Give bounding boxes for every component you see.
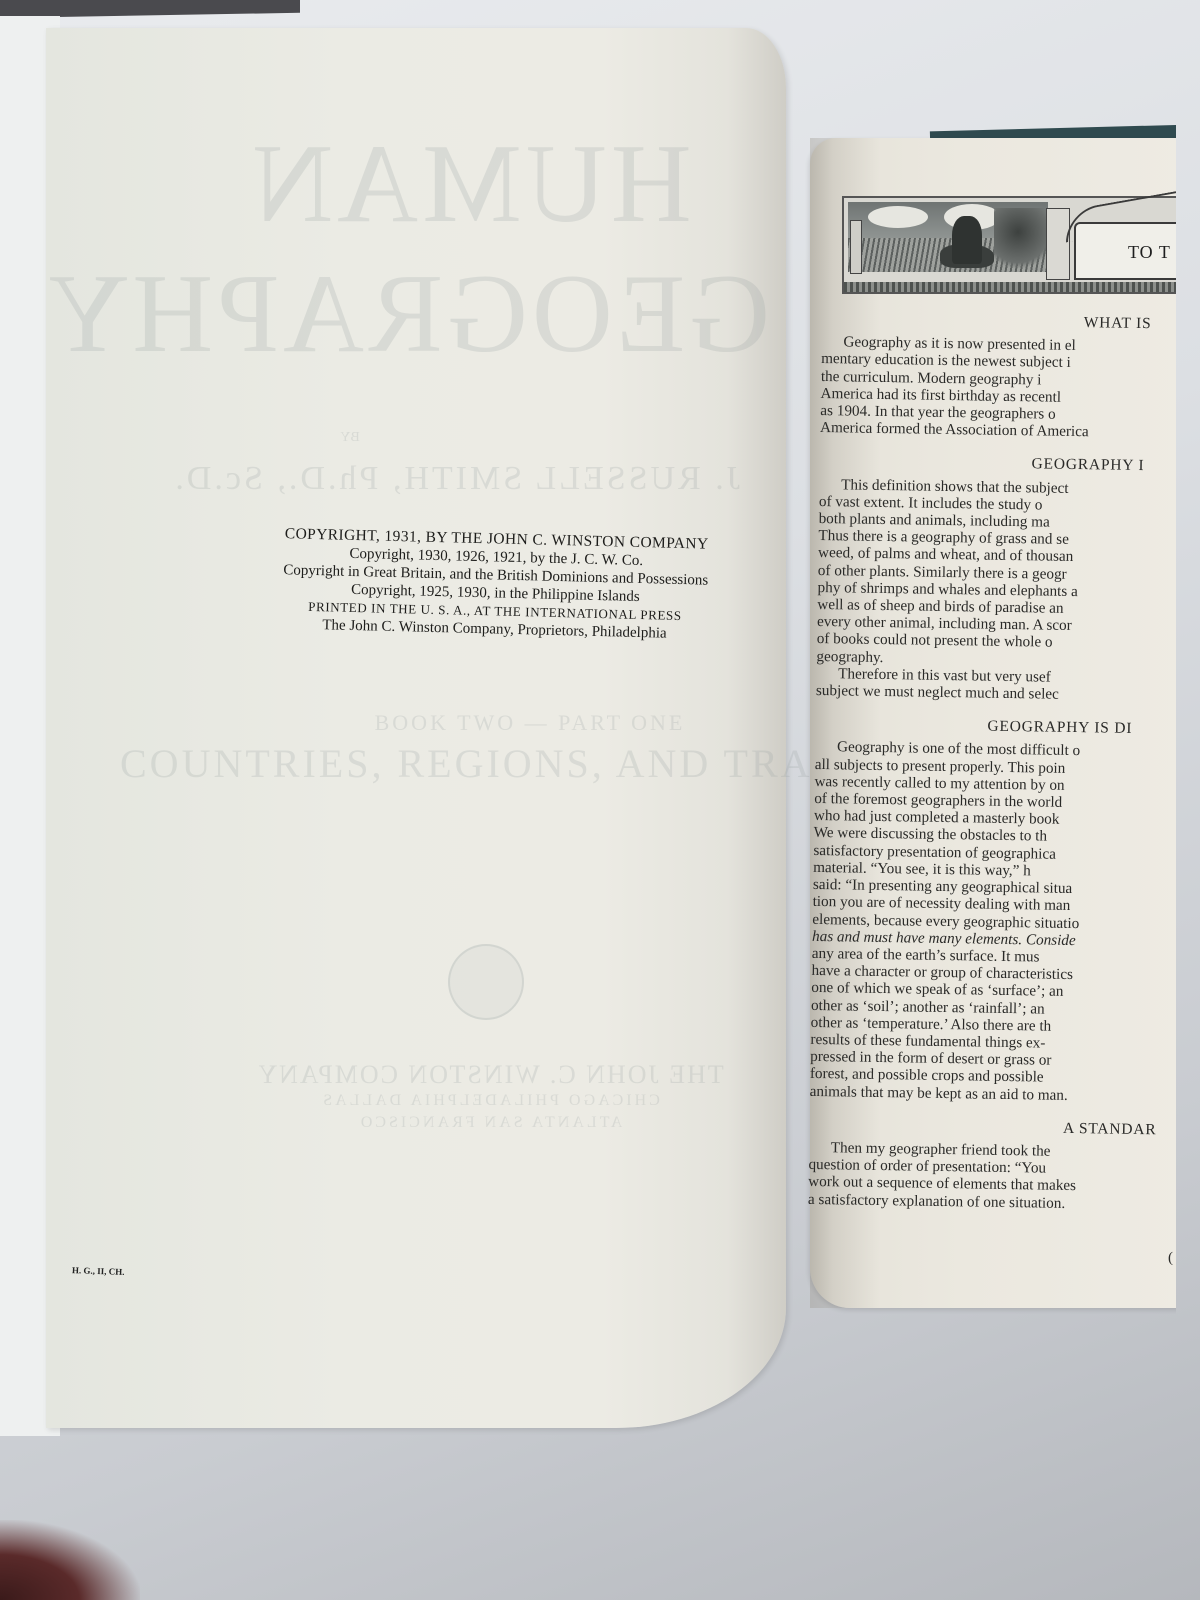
tree-icon: [994, 208, 1054, 268]
section-body-what-is: Geography as it is now presented in el m…: [820, 333, 1176, 442]
printer-code: H. G., II, CH.: [72, 1265, 125, 1277]
illustration-base: [844, 282, 1176, 292]
section-body-geography-is-di: Geography is one of the most difficult o…: [810, 738, 1176, 1105]
page-mark: (: [1168, 1250, 1173, 1267]
bleed-author: J. RUSSELL SMITH, Ph.D., Sc.D.: [220, 460, 740, 498]
right-page-text: WHAT IS Geography as it is now presented…: [808, 306, 1176, 1214]
rider-icon: [952, 216, 982, 264]
dark-fabric-corner: [0, 1520, 140, 1600]
header-illustration: [842, 196, 1176, 294]
section-body-a-standard: Then my geographer friend took the quest…: [808, 1139, 1176, 1214]
bleed-publisher: THE JOHN C. WINSTON COMPANY: [220, 1060, 760, 1090]
cloud-icon: [868, 206, 928, 228]
bleed-subtitle: COUNTRIES, REGIONS, AND TRADE: [120, 740, 760, 787]
section-heading-what-is: WHAT IS: [822, 310, 1176, 333]
bleed-publisher-emblem-icon: [448, 944, 524, 1020]
chapter-title: TO T: [1128, 242, 1171, 263]
bleed-cities-2: ATLANTA SAN FRANCISCO: [240, 1114, 740, 1132]
section-body-geography-i: This definition shows that the subject o…: [816, 476, 1176, 706]
bleed-cities-1: CHICAGO PHILADELPHIA DALLAS: [240, 1092, 740, 1110]
section-heading-geography-i: GEOGRAPHY I: [819, 452, 1176, 475]
copyright-notice: COPYRIGHT, 1931, BY THE JOHN C. WINSTON …: [229, 524, 761, 645]
bleed-title-human: HUMAN: [210, 120, 730, 249]
section-heading-geography-is-di: GEOGRAPHY IS DI: [815, 715, 1176, 738]
fence-post-icon: [850, 220, 862, 274]
section-heading-a-standard: A STANDAR: [809, 1116, 1176, 1139]
pillar-icon: [1046, 208, 1070, 280]
bleed-title-geography: GEOGRAPHY: [110, 250, 770, 379]
bleed-book-part: BOOK TWO — PART ONE: [320, 710, 740, 736]
bleed-by: BY: [300, 430, 400, 446]
